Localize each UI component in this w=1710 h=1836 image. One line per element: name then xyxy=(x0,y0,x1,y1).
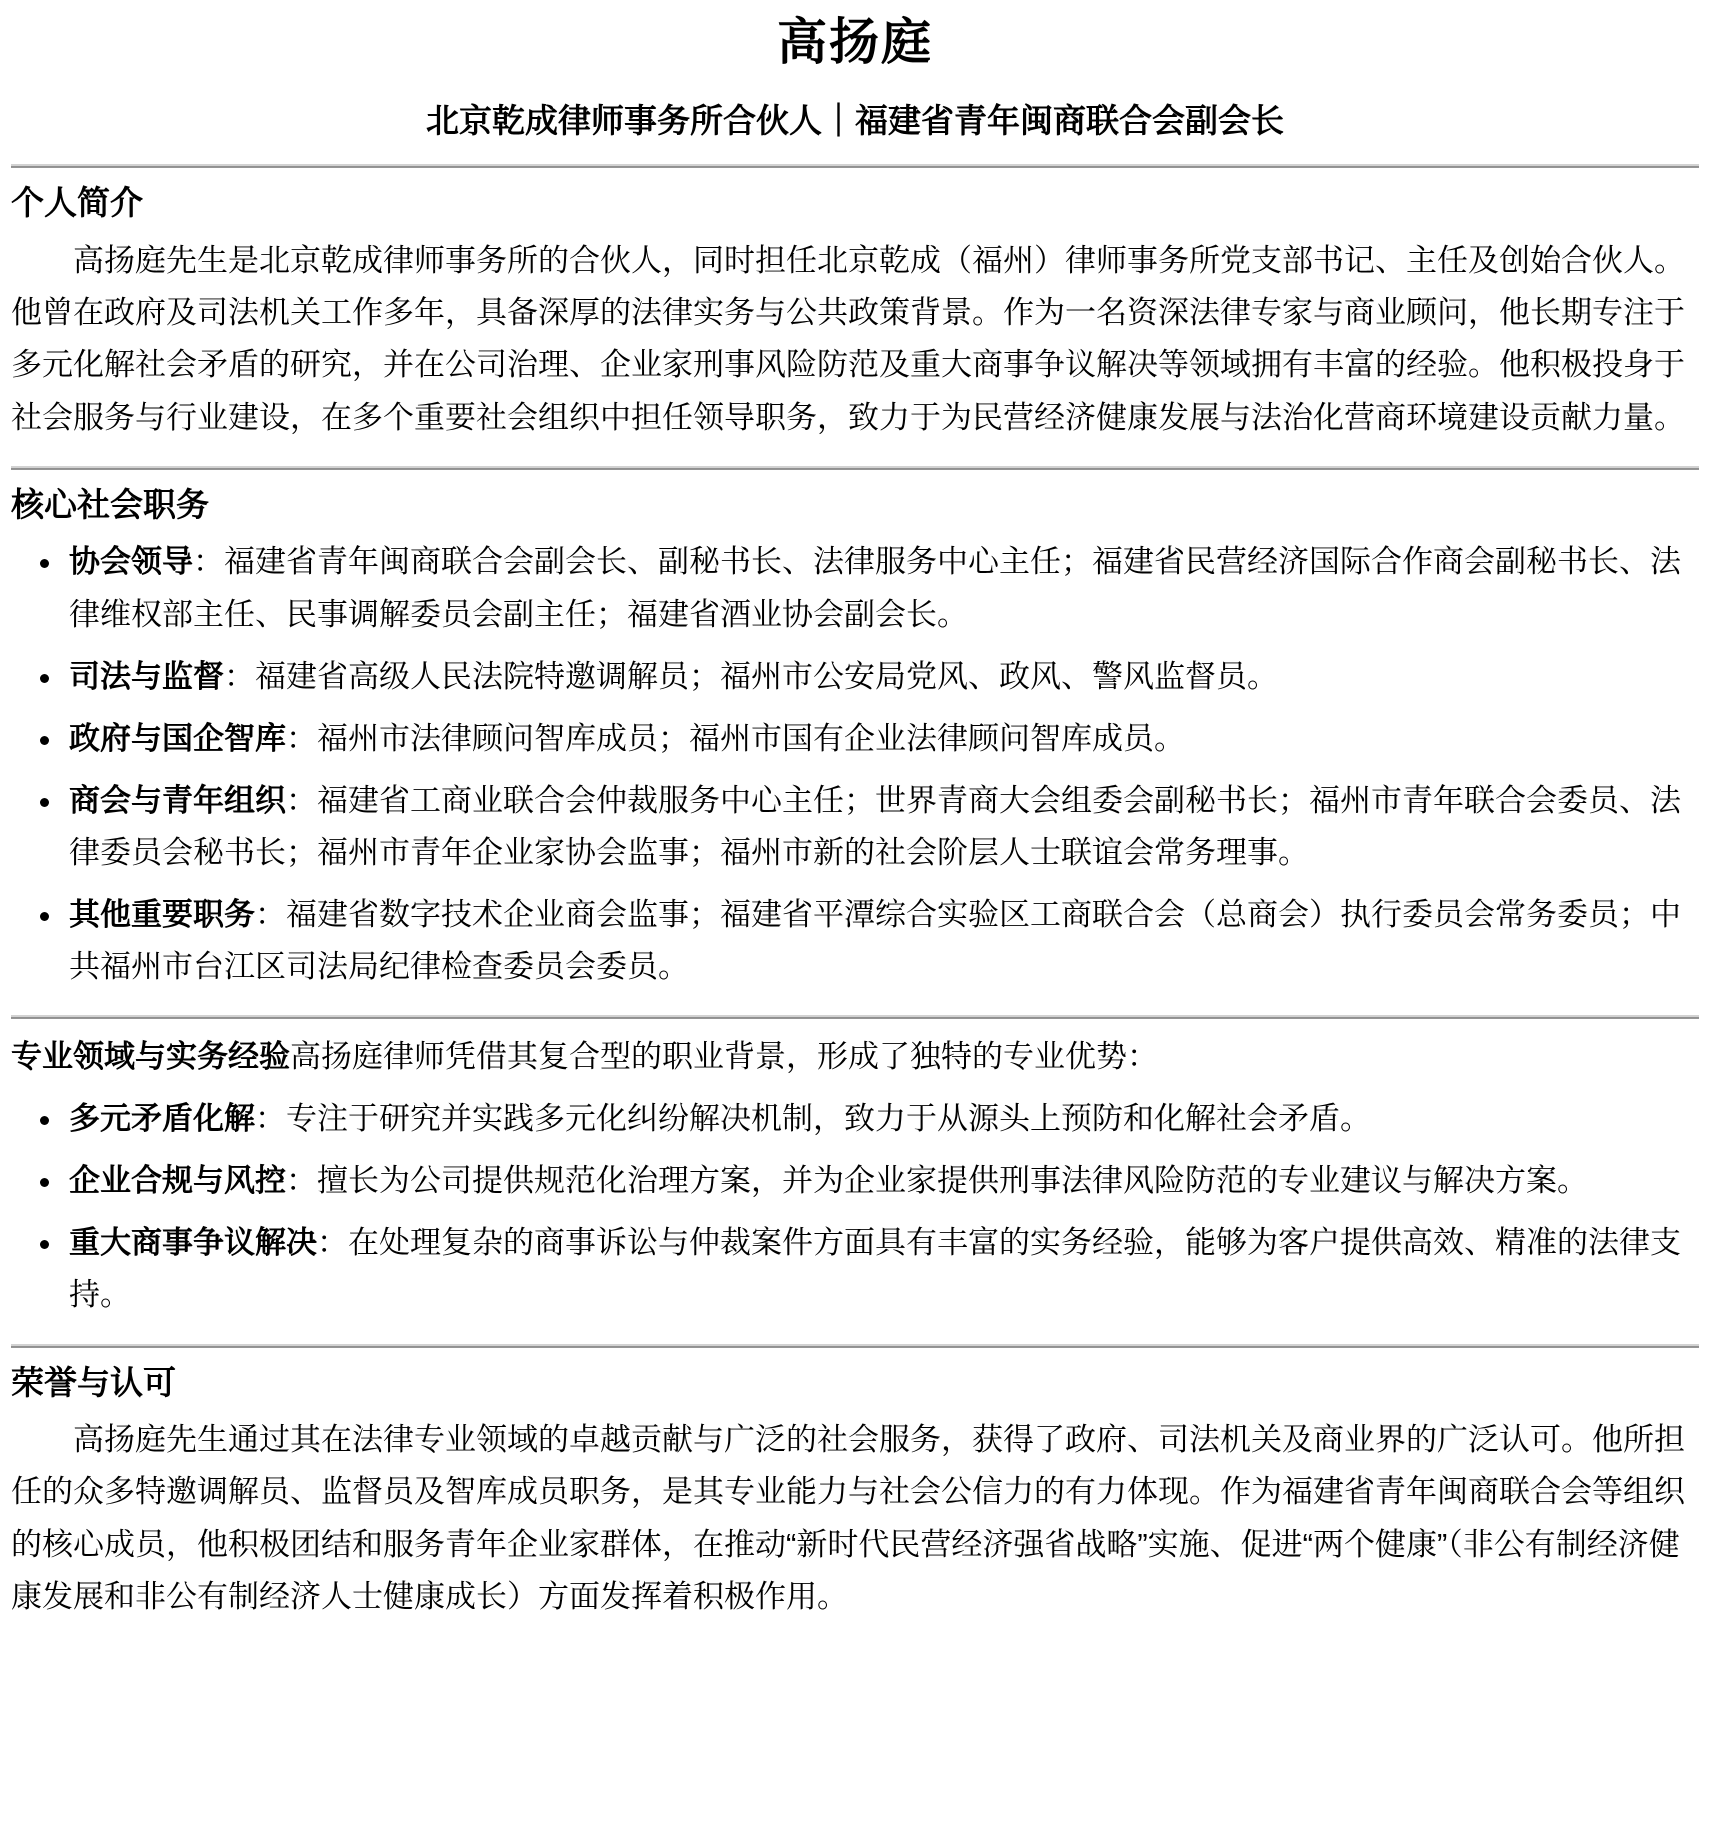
expertise-list: 多元矛盾化解：专注于研究并实践多元化纠纷解决机制，致力于从源头上预防和化解社会矛… xyxy=(11,1093,1699,1321)
biography-document: 高扬庭 北京乾成律师事务所合伙人｜福建省青年闽商联合会副会长 个人简介 高扬庭先… xyxy=(0,14,1710,1623)
item-label: 多元矛盾化解 xyxy=(69,1101,255,1136)
item-text: 福州市法律顾问智库成员；福州市国有企业法律顾问智库成员。 xyxy=(317,721,1185,756)
list-item-government-think-tank: 政府与国企智库：福州市法律顾问智库成员；福州市国有企业法律顾问智库成员。 xyxy=(65,713,1699,765)
item-label: 重大商事争议解决 xyxy=(69,1225,317,1260)
list-item-other-positions: 其他重要职务：福建省数字技术企业商会监事；福建省平潭综合实验区工商联合会（总商会… xyxy=(65,889,1699,993)
item-colon: ： xyxy=(193,544,224,579)
section-divider xyxy=(11,1344,1699,1348)
page-title: 高扬庭 xyxy=(11,14,1699,72)
item-label: 司法与监督 xyxy=(69,659,224,694)
item-text: 福建省青年闽商联合会副会长、副秘书长、法律服务中心主任；福建省民营经济国际合作商… xyxy=(69,544,1681,631)
page-subtitle: 北京乾成律师事务所合伙人｜福建省青年闽商联合会副会长 xyxy=(11,100,1699,143)
section-honors: 荣誉与认可 高扬庭先生通过其在法律专业领域的卓越贡献与广泛的社会服务，获得了政府… xyxy=(11,1362,1699,1623)
item-colon: ： xyxy=(255,1101,286,1136)
list-item-corporate-compliance: 企业合规与风控：擅长为公司提供规范化治理方案，并为企业家提供刑事法律风险防范的专… xyxy=(65,1155,1699,1207)
item-colon: ： xyxy=(286,1163,317,1198)
item-text: 福建省高级人民法院特邀调解员；福州市公安局党风、政风、警风监督员。 xyxy=(255,659,1278,694)
item-text: 擅长为公司提供规范化治理方案，并为企业家提供刑事法律风险防范的专业建议与解决方案… xyxy=(317,1163,1588,1198)
item-colon: ： xyxy=(286,721,317,756)
item-label: 协会领导 xyxy=(69,544,193,579)
list-item-dispute-resolution: 多元矛盾化解：专注于研究并实践多元化纠纷解决机制，致力于从源头上预防和化解社会矛… xyxy=(65,1093,1699,1145)
section-expertise: 专业领域与实务经验高扬庭律师凭借其复合型的职业背景，形成了独特的专业优势： 多元… xyxy=(11,1031,1699,1321)
expertise-lead-paragraph: 专业领域与实务经验高扬庭律师凭借其复合型的职业背景，形成了独特的专业优势： xyxy=(11,1031,1699,1083)
item-colon: ： xyxy=(286,783,317,818)
item-label: 商会与青年组织 xyxy=(69,783,286,818)
list-item-chamber-youth-orgs: 商会与青年组织：福建省工商业联合会仲裁服务中心主任；世界青商大会组委会副秘书长；… xyxy=(65,775,1699,879)
honors-heading: 荣誉与认可 xyxy=(11,1362,1699,1405)
item-text: 专注于研究并实践多元化纠纷解决机制，致力于从源头上预防和化解社会矛盾。 xyxy=(286,1101,1371,1136)
expertise-heading: 专业领域与实务经验 xyxy=(11,1039,290,1074)
section-divider xyxy=(11,466,1699,470)
item-label: 其他重要职务 xyxy=(69,897,255,932)
intro-paragraph: 高扬庭先生是北京乾成律师事务所的合伙人，同时担任北京乾成（福州）律师事务所党支部… xyxy=(11,235,1699,443)
section-divider xyxy=(11,164,1699,168)
item-label: 企业合规与风控 xyxy=(69,1163,286,1198)
item-colon: ： xyxy=(255,897,286,932)
list-item-commercial-litigation: 重大商事争议解决：在处理复杂的商事诉讼与仲裁案件方面具有丰富的实务经验，能够为客… xyxy=(65,1217,1699,1321)
list-item-judicial-supervision: 司法与监督：福建省高级人民法院特邀调解员；福州市公安局党风、政风、警风监督员。 xyxy=(65,651,1699,703)
section-divider xyxy=(11,1015,1699,1019)
section-intro: 个人简介 高扬庭先生是北京乾成律师事务所的合伙人，同时担任北京乾成（福州）律师事… xyxy=(11,182,1699,443)
roles-heading: 核心社会职务 xyxy=(11,484,1699,527)
item-label: 政府与国企智库 xyxy=(69,721,286,756)
item-colon: ： xyxy=(224,659,255,694)
item-colon: ： xyxy=(317,1225,348,1260)
expertise-lead-text: 高扬庭律师凭借其复合型的职业背景，形成了独特的专业优势： xyxy=(290,1039,1158,1074)
honors-paragraph: 高扬庭先生通过其在法律专业领域的卓越贡献与广泛的社会服务，获得了政府、司法机关及… xyxy=(11,1414,1699,1622)
roles-list: 协会领导：福建省青年闽商联合会副会长、副秘书长、法律服务中心主任；福建省民营经济… xyxy=(11,536,1699,993)
intro-heading: 个人简介 xyxy=(11,182,1699,225)
section-roles: 核心社会职务 协会领导：福建省青年闽商联合会副会长、副秘书长、法律服务中心主任；… xyxy=(11,484,1699,994)
item-text: 福建省数字技术企业商会监事；福建省平潭综合实验区工商联合会（总商会）执行委员会常… xyxy=(69,897,1681,984)
list-item-association-leadership: 协会领导：福建省青年闽商联合会副会长、副秘书长、法律服务中心主任；福建省民营经济… xyxy=(65,536,1699,640)
